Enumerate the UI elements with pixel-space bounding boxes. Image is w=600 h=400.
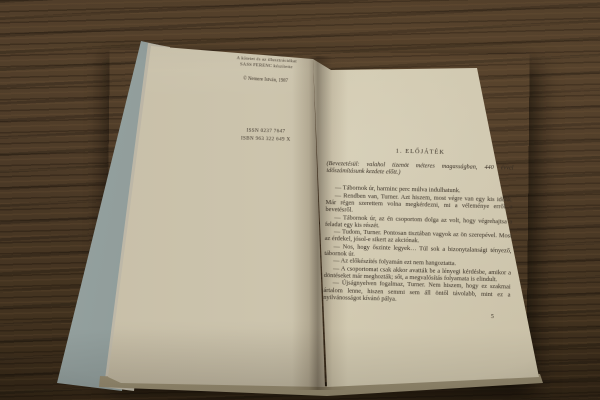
dialogue-paragraph-8: — Újságnyelven fogalmaz, Turner. Nem his… — [323, 279, 510, 305]
scene-note: (Bevezetésül: valahol tizenöt méteres ma… — [326, 160, 513, 179]
chapter-text-block: 1. ELŐJÁTÉK (Bevezetésül: valahol tizenö… — [323, 146, 514, 321]
photo-open-book: A kötetet és az illusztrációkat SASS FER… — [0, 0, 600, 400]
